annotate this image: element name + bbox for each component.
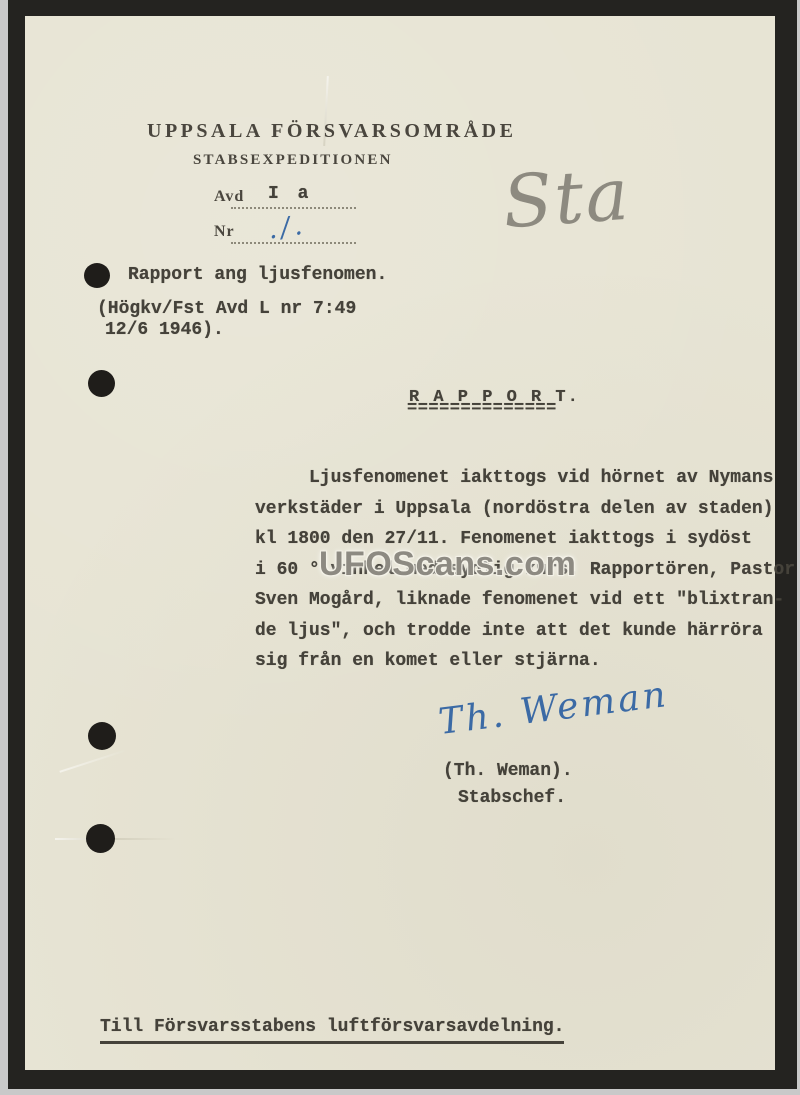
nr-field-handwritten-value: ./. <box>266 209 308 245</box>
paper-crease <box>55 838 175 840</box>
hole-punch <box>88 370 115 397</box>
pencil-annotation: Sta <box>500 152 633 245</box>
letterhead-department: STABSEXPEDITIONEN <box>193 152 393 169</box>
avd-field-label: Avd <box>214 188 244 206</box>
body-line: de ljus", och trodde inte att det kunde … <box>255 621 785 652</box>
hole-punch <box>88 722 116 750</box>
hole-punch <box>84 263 110 288</box>
body-line: Ljusfenomenet iakttogs vid hörnet av Nym… <box>255 468 785 499</box>
signature-role: Stabschef. <box>458 788 566 808</box>
avd-dotted-line <box>231 207 356 209</box>
subject-line: Rapport ang ljusfenomen. <box>128 265 387 285</box>
signature-handwriting: Th. Weman <box>436 674 671 743</box>
avd-field-value: I a <box>268 184 312 204</box>
document-page: UPPSALA FÖRSVARSOMRÅDE STABSEXPEDITIONEN… <box>25 16 775 1070</box>
report-title-underline: ============== <box>407 399 557 418</box>
ufoscans-watermark: UFOScans.com <box>319 545 576 584</box>
body-line: verkstäder i Uppsala (nordöstra delen av… <box>255 499 785 530</box>
letterhead-org-name: UPPSALA FÖRSVARSOMRÅDE <box>147 120 516 143</box>
signature-typed-name: (Th. Weman). <box>443 761 573 781</box>
hole-punch <box>86 824 115 853</box>
reference-line-1: (Högkv/Fst Avd L nr 7:49 <box>97 299 356 319</box>
reference-line-2: 12/6 1946). <box>105 320 224 340</box>
body-line: Sven Mogård, liknade fenomenet vid ett "… <box>255 590 785 621</box>
nr-field-label: Nr <box>214 223 235 241</box>
recipient-line: Till Försvarsstabens luftförsvarsavdelni… <box>100 1017 564 1044</box>
scan-background: UPPSALA FÖRSVARSOMRÅDE STABSEXPEDITIONEN… <box>0 0 800 1095</box>
paper-crease <box>59 749 126 773</box>
body-line: sig från en komet eller stjärna. <box>255 651 785 682</box>
nr-dotted-line <box>231 242 356 244</box>
